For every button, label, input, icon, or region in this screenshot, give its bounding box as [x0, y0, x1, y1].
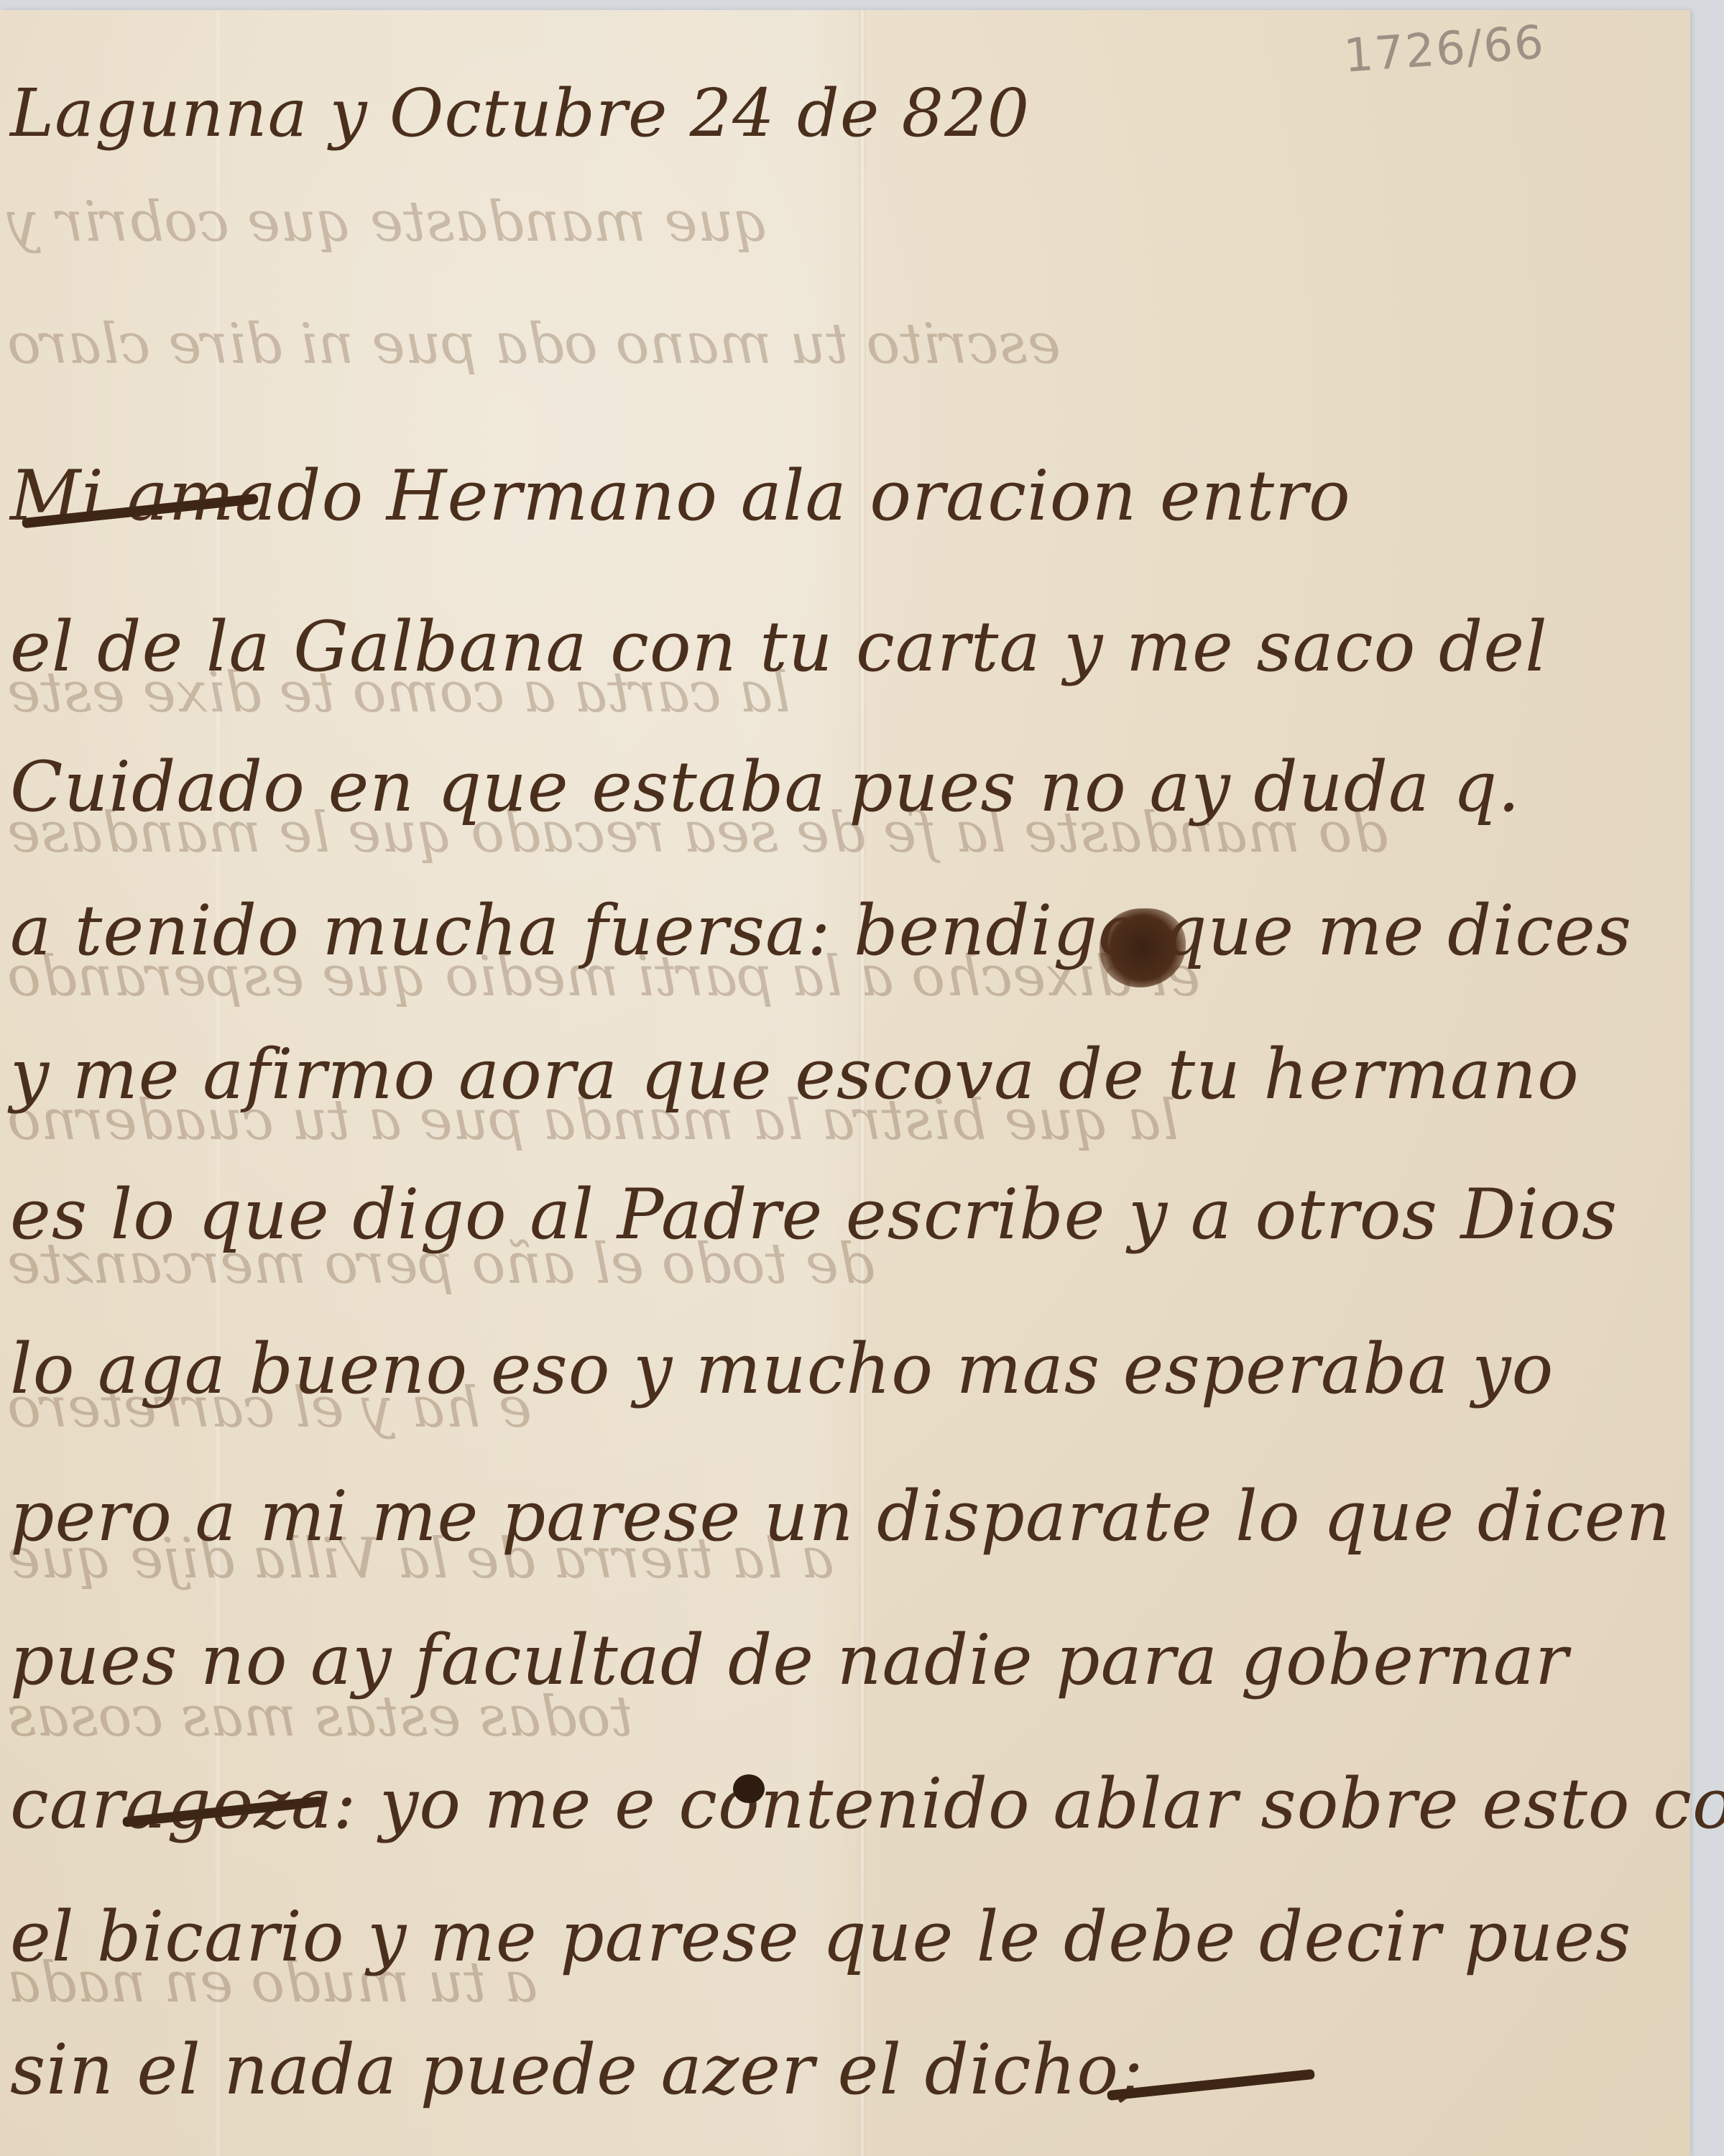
letter-line: y me afirmo aora que escova de tu herman…: [10, 1034, 1580, 1115]
ink-blot-small: [733, 1774, 765, 1803]
letter-line: sin el nada puede azer el dicho;: [10, 2030, 1143, 2110]
letter-line: el de la Galbana con tu carta y me saco …: [10, 607, 1548, 687]
bleed-through-text: escrito tu mano oda pue ni dire claro: [7, 312, 1689, 377]
letter-line: Cuidado en que estaba pues no ay duda q.: [10, 747, 1521, 827]
letter-line: pero a mi me parese un disparate lo que …: [10, 1476, 1671, 1557]
archive-reference: 1726/66: [1342, 16, 1546, 83]
letter-page: 1726/66 que mandaste que cobrir y escrit…: [0, 10, 1690, 2156]
letter-line: a tenido mucha fuersa: bendigo que me di…: [10, 890, 1632, 971]
bleed-through-text: que mandaste que cobrir y: [7, 190, 1689, 254]
letter-line: es lo que digo al Padre escribe y a otro…: [10, 1174, 1618, 1255]
letter-dateline: Lagunna y Octubre 24 de 820: [10, 75, 1030, 152]
letter-line: Mi amado Hermano ala oracion entro: [10, 456, 1351, 536]
letter-line: pues no ay facultad de nadie para gobern…: [10, 1620, 1569, 1700]
letter-line: lo aga bueno eso y mucho mas esperaba yo: [10, 1329, 1554, 1409]
letter-line: el bicario y me parese que le debe decir…: [10, 1897, 1631, 1977]
